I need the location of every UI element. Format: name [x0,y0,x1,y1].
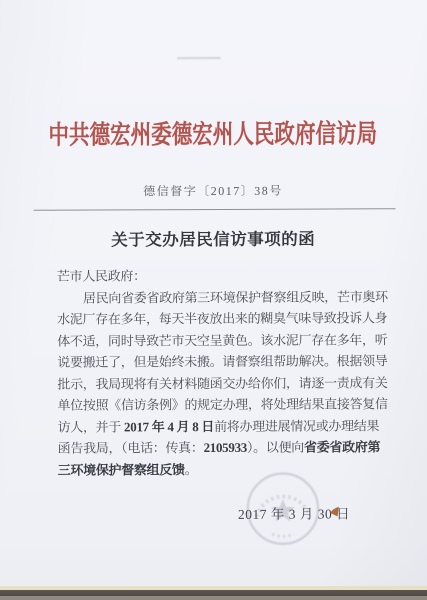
body-text-segment: 前将办理进展情况或办理结果 [214,418,379,434]
salutation: 芒市人民政府： [57,264,387,287]
body-line: 函告我局，（电话：传真：2105933）。以便向省委省政府第 [58,436,388,459]
scanned-letter: 中共德宏州委德宏州人民政府信访局 德信督字〔2017〕38号 关于交办居民信访事… [0,0,427,600]
body-text-segment: 水泥厂存在多年，每天半夜放出来的糊臭气味导致投诉人身 [57,310,387,326]
body-line: 说要搬迁了，但是始终未搬。请督察组帮助解决。根据领导 [57,350,387,373]
body-text-segment: 省委省政府第 [304,439,380,454]
body-text-segment: 2017 年 4 月 8 日 [121,418,214,433]
body-text-segment: 2105933 [204,440,247,455]
body-line: 水泥厂存在多年，每天半夜放出来的糊臭气味导致投诉人身 [57,307,387,330]
issuing-authority-header: 中共德宏州委德宏州人民政府信访局 [44,113,381,151]
body-text-segment: 三环境保护督察组反馈 [58,462,185,478]
body-text-segment: ）。以便向 [247,440,304,455]
body-text-segment: 单位按照《信访条例》的规定办理，将处理结果直接答复信 [57,396,387,412]
body-text-segment: 访人，并于 [58,419,122,434]
body-text-segment: 体不适，同时导致芒市天空呈黄色。该水泥厂存在多年，听 [57,332,387,348]
header-divider-line [34,208,396,211]
body-line: 批示，我局现将有关材料随函交办给你们，请逐一责成有关 [57,372,387,395]
document-number: 德信督字〔2017〕38号 [0,181,427,200]
body-text-segment: 居民向省委省政府第三环境保护督察组反映，芒市奥环 [83,289,388,305]
body-text-segment: 批示，我局现将有关材料随函交办给你们，请逐一责成有关 [57,375,387,391]
letter-body: 芒市人民政府： 居民向省委省政府第三环境保护督察组反映，芒市奥环水泥厂存在多年，… [57,264,388,480]
scanner-background [0,590,427,596]
body-line: 访人，并于 2017 年 4 月 8 日前将办理进展情况或办理结果 [58,415,388,438]
body-line: 体不适，同时导致芒市天空呈黄色。该水泥厂存在多年，听 [57,329,387,352]
body-text-segment: 函告我局，（电话：传真： [58,440,204,456]
body-line: 单位按照《信访条例》的规定办理，将处理结果直接答复信 [57,393,387,416]
body-paragraph: 居民向省委省政府第三环境保护督察组反映，芒市奥环水泥厂存在多年，每天半夜放出来的… [57,286,388,481]
body-text-segment: 说要搬迁了，但是始终未搬。请督察组帮助解决。根据领导 [57,353,387,369]
scan-smudge [177,57,221,59]
body-line: 三环境保护督察组反馈。 [58,458,388,481]
body-text-segment: 。 [185,462,198,477]
letter-content: 中共德宏州委德宏州人民政府信访局 德信督字〔2017〕38号 关于交办居民信访事… [0,0,427,600]
body-line: 居民向省委省政府第三环境保护督察组反映，芒市奥环 [57,286,387,309]
letter-title: 关于交办居民信访事项的函 [0,225,427,251]
